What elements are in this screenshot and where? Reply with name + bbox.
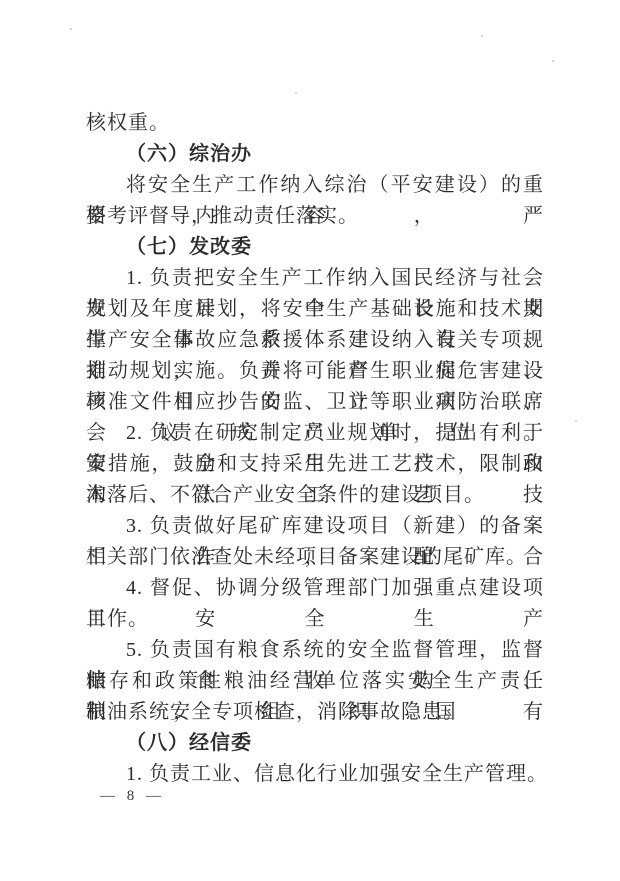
body-line: 核权重。	[86, 108, 544, 139]
scan-speck	[575, 420, 577, 422]
body-line: 4. 督促、协调分级管理部门加强重点建设项目安全生产	[86, 573, 544, 604]
scanned-document-page: 核权重。 （六）综治办 将安全生产工作纳入综治（平安建设）的重要内容，严 格考评…	[0, 0, 620, 881]
body-line: 生产安全事故应急救援体系建设纳入有关专项规划，并督促、	[86, 325, 544, 356]
scan-speck	[70, 28, 72, 30]
section-heading: （七）发改委	[86, 232, 544, 263]
body-line: 5. 负责国有粮食系统的安全监督管理，监督粮食收购、	[86, 635, 544, 666]
body-line: 术落后、不符合产业安全条件的建设项目。	[86, 480, 544, 511]
body-line: 储存和政策性粮油经营单位落实安全生产责任制，组织国有	[86, 666, 544, 697]
body-line: 1. 负责工业、信息化行业加强安全生产管理。	[86, 759, 544, 790]
body-line: 将安全生产工作纳入综治（平安建设）的重要内容，严	[86, 170, 544, 201]
body-line: 推动规划实施。负责将可能产生职业病危害建设项目的立项、	[86, 356, 544, 387]
scan-speck	[295, 92, 297, 94]
scan-speck	[481, 35, 483, 37]
body-line: 核准文件相应抄告安监、卫计等职业病防治联席会议成员单位。	[86, 387, 544, 418]
body-line: 3. 负责做好尾矿库建设项目（新建）的备案工作，配合	[86, 511, 544, 542]
section-heading: （六）综治办	[86, 139, 544, 170]
page-number: — 8 —	[100, 788, 165, 805]
body-line: 策措施，鼓励和支持采用先进工艺技术，限制和淘汰工艺技	[86, 449, 544, 480]
scan-speck	[552, 60, 554, 62]
body-line: 相关部门依法查处未经项目备案建设的尾矿库。	[86, 542, 544, 573]
body-line: 2. 负责在研究制定产业规划时，提出有利于安全生产政	[86, 418, 544, 449]
document-body: 核权重。 （六）综治办 将安全生产工作纳入综治（平安建设）的重要内容，严 格考评…	[86, 108, 544, 790]
section-heading: （八）经信委	[86, 728, 544, 759]
body-line: 规划及年度计划，将安全生产基础设施和技术支撑体系建设、	[86, 294, 544, 325]
body-line: 1. 负责把安全生产工作纳入国民经济与社会发展中长期	[86, 263, 544, 294]
